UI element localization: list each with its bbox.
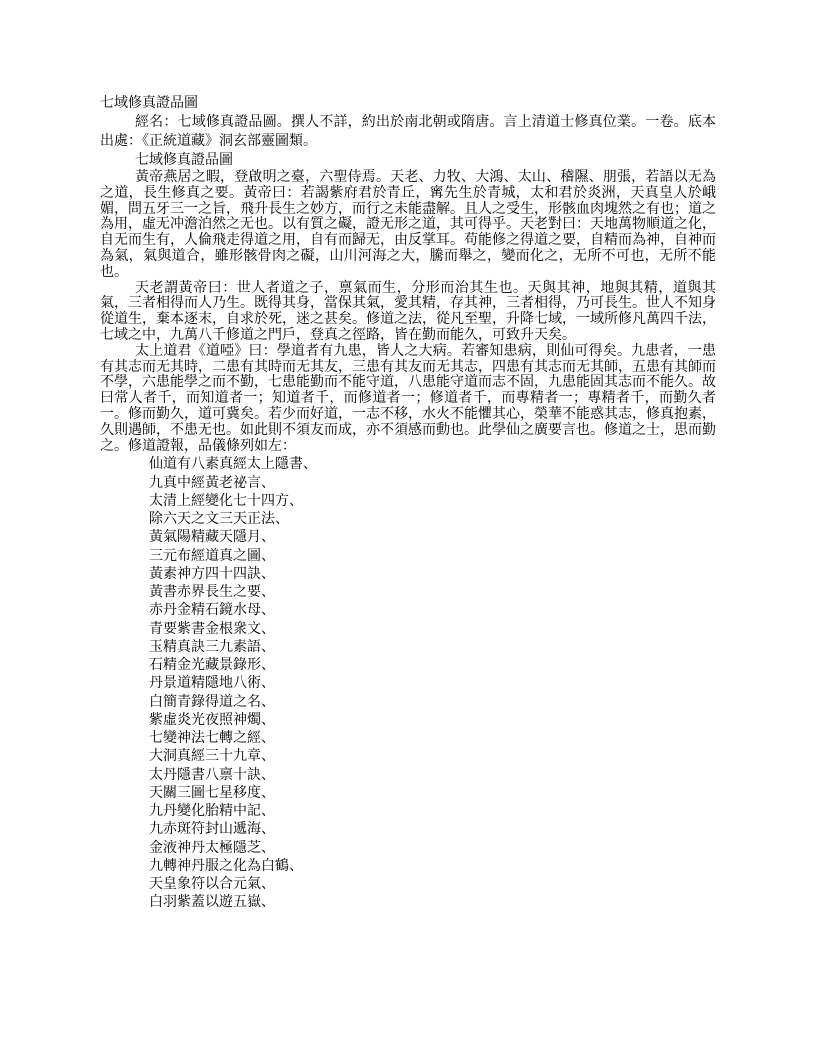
section-title: 七域修真證品圖: [100, 151, 716, 170]
scripture-list: 仙道有八素真經太上隱書、九真中經黃老祕言、太清上經變化七十四方、除六天之文三天正…: [100, 456, 716, 912]
list-item: 九赤斑符封山遞海、: [149, 821, 716, 839]
document-title: 七域修真證品圖: [100, 94, 716, 113]
list-item: 天皇象符以合元氣、: [149, 876, 716, 894]
list-item: 天關三圖七星移度、: [149, 785, 716, 803]
list-item: 三元布經道真之圖、: [149, 548, 716, 566]
list-item: 赤丹金精石鏡水母、: [149, 602, 716, 620]
list-item: 太丹隱書八禀十訣、: [149, 767, 716, 785]
list-item: 紫虛炎光夜照神燭、: [149, 712, 716, 730]
list-item: 石精金光藏景錄形、: [149, 657, 716, 675]
list-item: 青要紫書金根衆文、: [149, 621, 716, 639]
list-item: 九轉神丹服之化為白鶴、: [149, 858, 716, 876]
list-item: 黃氣陽精藏天隱月、: [149, 529, 716, 547]
list-item: 金液神丹太極隱芝、: [149, 840, 716, 858]
intro-paragraph: 經名：七域修真證品圖。撰人不詳，約出於南北朝或隋唐。言上清道士修真位業。一卷。底…: [100, 113, 716, 151]
list-item: 大洞真經三十九章、: [149, 748, 716, 766]
paragraph-huangdi: 黃帝燕居之暇，登啟明之臺，六聖侍焉。天老、力牧、大鴻、太山、稽隰、朋張，若語以无…: [100, 170, 716, 281]
paragraph-tianlao: 天老謂黃帝曰：世人者道之子，禀氣而生，分形而治其生也。天與其神，地與其精，道與其…: [100, 281, 716, 344]
list-item: 玉精真訣三九素語、: [149, 639, 716, 657]
list-item: 仙道有八素真經太上隱書、: [149, 456, 716, 474]
list-item: 白羽紫蓋以遊五嶽、: [149, 894, 716, 912]
list-item: 黃書赤界長生之要、: [149, 584, 716, 602]
list-item: 九真中經黃老祕言、: [149, 475, 716, 493]
list-item: 白簡青錄得道之名、: [149, 694, 716, 712]
list-item: 九丹變化胎精中記、: [149, 803, 716, 821]
list-item: 丹景道精隱地八術、: [149, 675, 716, 693]
paragraph-taishang-daojun: 太上道君《道啞》曰：學道者有九患，皆人之大病。若審知患病，則仙可得矣。九患者，一…: [100, 344, 716, 455]
list-item: 黃素神方四十四訣、: [149, 566, 716, 584]
document-page: 七域修真證品圖 經名：七域修真證品圖。撰人不詳，約出於南北朝或隋唐。言上清道士修…: [0, 0, 816, 1056]
list-item: 七變神法七轉之經、: [149, 730, 716, 748]
list-item: 除六天之文三天正法、: [149, 511, 716, 529]
list-item: 太清上經變化七十四方、: [149, 493, 716, 511]
